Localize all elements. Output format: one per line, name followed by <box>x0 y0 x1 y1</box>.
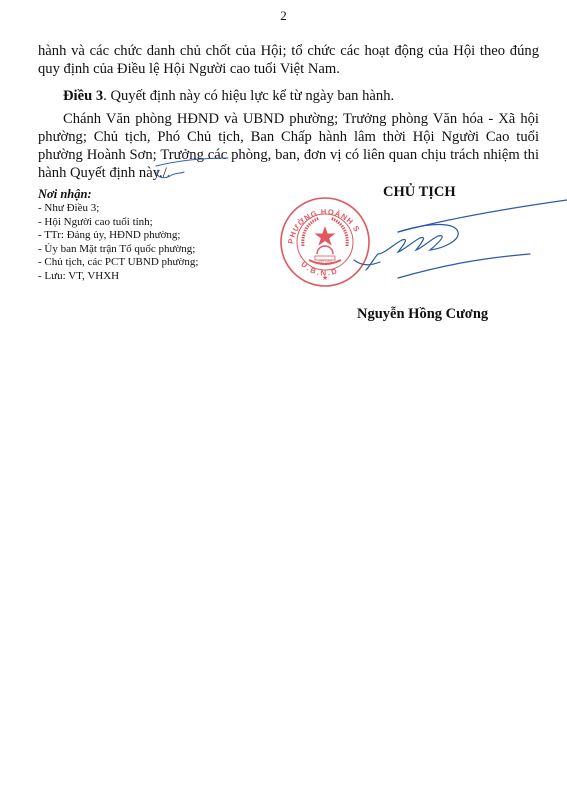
recipients-list: - Như Điều 3; - Hội Người cao tuổi tỉnh;… <box>38 202 198 284</box>
paragraph-continuation: hành và các chức danh chủ chốt của Hội; … <box>38 42 539 78</box>
article-3-text: Điều 3. Quyết định này có hiệu lực kể từ… <box>38 87 539 105</box>
list-item: - Như Điều 3; <box>38 202 198 216</box>
list-item: - Chủ tịch, các PCT UBND phường; <box>38 256 198 270</box>
signer-name: Nguyễn Hồng Cương <box>357 306 488 323</box>
paragraph-text: hành và các chức danh chủ chốt của Hội; … <box>38 42 539 78</box>
list-item: - Hội Người cao tuổi tỉnh; <box>38 216 198 230</box>
list-item: - Lưu: VT, VHXH <box>38 270 198 284</box>
list-item: - Ủy ban Mặt trận Tổ quốc phường; <box>38 243 198 257</box>
recipients-block: Nơi nhận: - Như Điều 3; - Hội Người cao … <box>38 187 198 284</box>
article-3-body: . Quyết định này có hiệu lực kể từ ngày … <box>103 88 394 104</box>
article-3-label: Điều 3 <box>63 88 103 104</box>
list-item: - TTr: Đảng ủy, HĐND phường; <box>38 229 198 243</box>
article-3: Điều 3. Quyết định này có hiệu lực kể từ… <box>38 87 539 105</box>
page-number: 2 <box>0 8 567 24</box>
recipients-title: Nơi nhận: <box>38 187 198 202</box>
pen-mark-icon <box>150 152 230 182</box>
